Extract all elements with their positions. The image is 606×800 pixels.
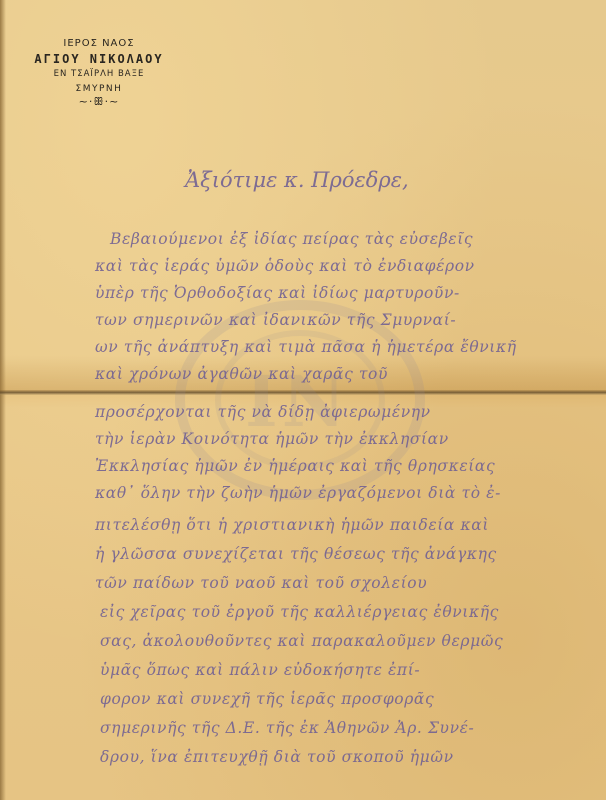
body-line: ὑμᾶς ὅπως καὶ πάλιν εὐδοκήσητε ἐπί- (100, 661, 420, 679)
paper-edge (0, 0, 6, 800)
letterhead-location: ΕΝ ΤΣΑΪΡΛΗ ΒΑΞΕ (28, 69, 170, 79)
body-line: προσέρχονται τῆς νὰ δίδῃ ἀφιερωμένην (95, 403, 431, 421)
ornament-flourish-icon: ~·ꕥ·~ (28, 95, 170, 109)
body-line: δρου, ἵνα ἐπιτευχθῇ διὰ τοῦ σκοποῦ ἡμῶν (100, 748, 454, 766)
body-line: πιτελέσθῃ ὅτι ἡ χριστιανικὴ ἡμῶν παιδεία… (95, 516, 489, 534)
body-line: τὴν ἱερὰν Κοινότητα ἡμῶν τὴν ἐκκλησίαν (95, 430, 449, 448)
salutation: Ἀξιότιμε κ. Πρόεδρε, (185, 168, 409, 192)
body-line: των σημερινῶν καὶ ἰδανικῶν τῆς Σμυρναί- (95, 311, 456, 329)
body-line: ἡ γλῶσσα συνεχίζεται τῆς θέσεως τῆς ἀνάγ… (95, 545, 497, 563)
letter-page: ΙΝ ΙΕΡΟΣ ΝΑΟΣ ΑΓΙΟΥ ΝΙΚΟΛΑΟΥ ΕΝ ΤΣΑΪΡΛΗ … (0, 0, 606, 800)
body-line: τῶν παίδων τοῦ ναοῦ καὶ τοῦ σχολείου (95, 574, 427, 592)
body-line: καθ᾽ ὅλην τὴν ζωὴν ἡμῶν ἐργαζόμενοι διὰ … (95, 484, 501, 502)
body-line: καὶ τὰς ἱεράς ὑμῶν ὁδοὺς καὶ τὸ ἐνδιαφέρ… (95, 257, 475, 275)
body-line: σημερινῆς τῆς Δ.Ε. τῆς ἐκ Ἀθηνῶν Ἀρ. Συν… (100, 719, 474, 737)
letterhead-line-1: ΙΕΡΟΣ ΝΑΟΣ (28, 38, 170, 49)
body-line: εἰς χεῖρας τοῦ ἐργοῦ τῆς καλλιέργειας ἐθ… (100, 603, 499, 621)
letterhead-city: ΣΜΥΡΝΗ (28, 84, 170, 94)
body-line: Ἐκκλησίας ἡμῶν ἐν ἡμέραις καὶ τῆς θρησκε… (95, 457, 495, 475)
body-line: ων τῆς ἀνάπτυξη καὶ τιμὰ πᾶσα ἡ ἡμετέρα … (95, 338, 517, 356)
body-line: Βεβαιούμενοι ἐξ ἰδίας πείρας τὰς εὐσεβεῖ… (110, 230, 473, 248)
body-line: καὶ χρόνων ἀγαθῶν καὶ χαρᾶς τοῦ (95, 365, 388, 383)
letterhead-church-name: ΑΓΙΟΥ ΝΙΚΟΛΑΟΥ (28, 52, 170, 66)
body-line: σας, ἀκολουθοῦντες καὶ παρακαλοῦμεν θερμ… (100, 632, 503, 650)
body-line: φορον καὶ συνεχῆ τῆς ἱερᾶς προσφορᾶς (100, 690, 434, 708)
body-line: ὑπὲρ τῆς Ὀρθοδοξίας καὶ ἰδίως μαρτυροῦν- (95, 284, 460, 302)
letterhead: ΙΕΡΟΣ ΝΑΟΣ ΑΓΙΟΥ ΝΙΚΟΛΑΟΥ ΕΝ ΤΣΑΪΡΛΗ ΒΑΞ… (28, 38, 170, 109)
